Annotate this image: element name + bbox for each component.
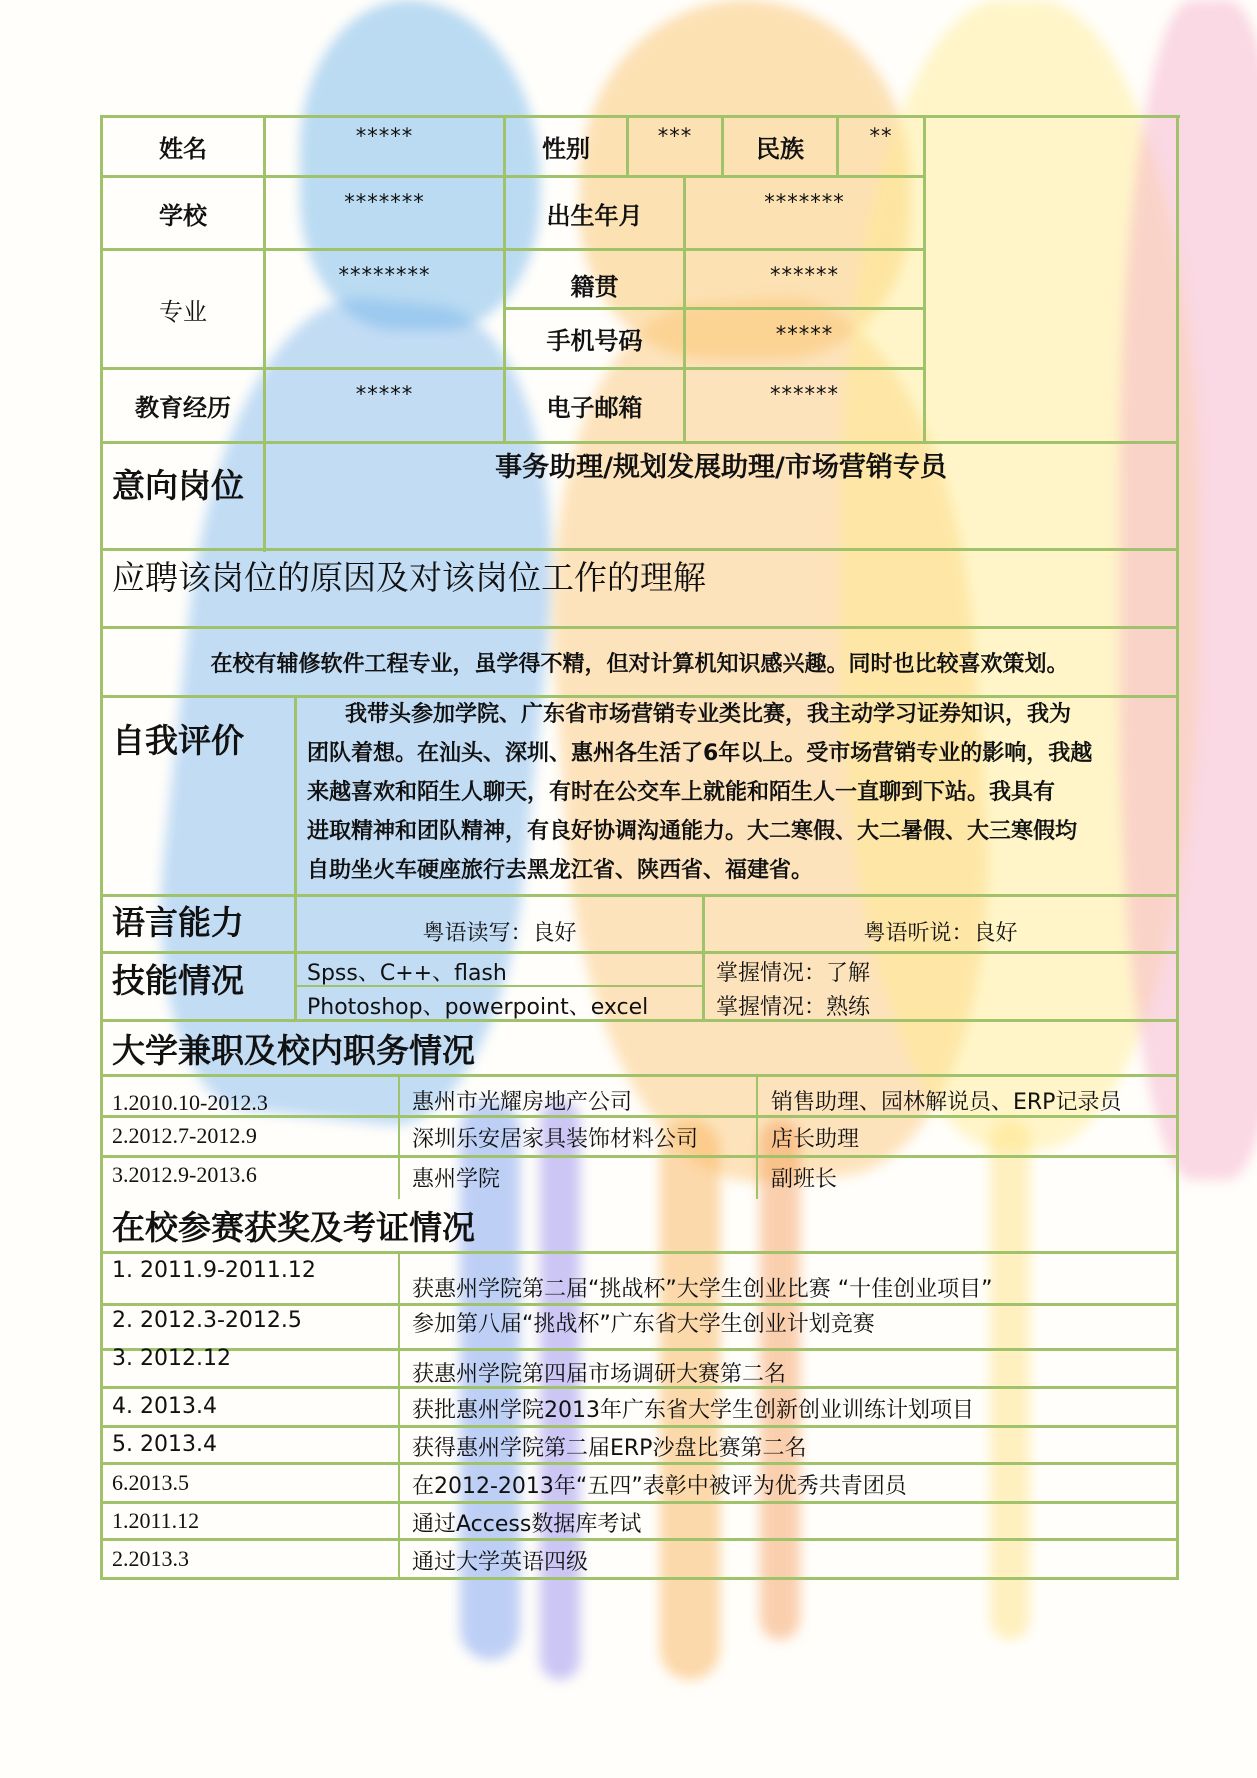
phone-value: *****	[686, 310, 923, 346]
name-label: 姓名	[103, 118, 263, 175]
job-org: 深圳乐安居家具装饰材料公司	[412, 1122, 698, 1153]
skill-level: 掌握情况：熟练	[716, 990, 870, 1021]
divider	[100, 1348, 1179, 1351]
job-period: 3.2012.9-2013.6	[112, 1162, 257, 1188]
skill-name: Photoshop、powerpoint、excel	[307, 990, 648, 1021]
language-item-cantonese-rw: 粤语读写：良好	[297, 912, 702, 950]
photo-placeholder	[926, 118, 1176, 441]
award-period: 5. 2013.4	[112, 1432, 217, 1457]
self-evaluation-line: 进取精神和团队精神，有良好协调沟通能力。大二寒假、大二暑假、大三寒假均	[307, 812, 1173, 851]
cert-desc: 通过大学英语四级	[412, 1545, 588, 1576]
job-role: 店长助理	[771, 1122, 859, 1153]
phone-label: 手机号码	[506, 310, 683, 367]
education-label: 教育经历	[103, 370, 263, 441]
major-value: ********	[266, 251, 503, 287]
skill-level: 掌握情况：了解	[716, 956, 870, 987]
self-evaluation-line: 来越喜欢和陌生人聊天，有时在公交车上就能和陌生人一直聊到下站。我具有	[307, 773, 1173, 812]
ethnicity-label: 民族	[724, 118, 836, 175]
reason-title: 应聘该岗位的原因及对该岗位工作的理解	[112, 552, 706, 599]
job-role: 销售助理、园林解说员、ERP记录员	[771, 1085, 1121, 1116]
gender-value: ***	[629, 118, 721, 148]
award-period: 3. 2012.12	[112, 1346, 231, 1371]
divider	[100, 1425, 1179, 1428]
resume-document: 姓名 ***** 性别 *** 民族 ** 学校 ******* 出生年月 **…	[0, 0, 1257, 1778]
divider	[100, 1538, 1179, 1541]
awards-title: 在校参赛获奖及考证情况	[112, 1202, 475, 1249]
email-label: 电子邮箱	[506, 370, 683, 441]
divider	[100, 1074, 1179, 1077]
divider	[100, 894, 1179, 897]
hometown-label: 籍贯	[506, 251, 683, 317]
skills-label: 技能情况	[112, 955, 244, 1002]
job-period: 1.2010.10-2012.3	[112, 1090, 268, 1116]
divider	[100, 1251, 1179, 1254]
divider	[398, 1251, 400, 1579]
name-value: *****	[266, 118, 503, 148]
award-period: 1. 2011.9-2011.12	[112, 1258, 316, 1283]
language-label: 语言能力	[112, 897, 244, 944]
language-item-cantonese-ls: 粤语听说：良好	[705, 912, 1176, 950]
reason-text: 在校有辅修软件工程专业，虽学得不精，但对计算机知识感兴趣。同时也比较喜欢策划。	[103, 629, 1176, 695]
major-label: 专业	[103, 251, 263, 367]
birth-label: 出生年月	[506, 178, 683, 248]
job-org: 惠州学院	[412, 1162, 500, 1193]
cert-period: 2.2013.3	[112, 1546, 189, 1572]
email-value: ******	[686, 370, 923, 406]
divider	[100, 1303, 1179, 1306]
desired-position-label: 意向岗位	[112, 460, 244, 507]
divider	[100, 1501, 1179, 1504]
desired-position-value: 事务助理/规划发展助理/市场营销专员	[266, 444, 1176, 484]
gender-label: 性别	[506, 118, 626, 175]
divider	[100, 1462, 1179, 1465]
job-role: 副班长	[771, 1162, 837, 1193]
award-period: 4. 2013.4	[112, 1394, 217, 1419]
self-evaluation-text: 我带头参加学院、广东省市场营销专业类比赛，我主动学习证券知识，我为 团队着想。在…	[307, 695, 1173, 890]
divider	[756, 1074, 758, 1199]
self-evaluation-label: 自我评价	[112, 715, 244, 762]
award-desc: 获惠州学院第四届市场调研大赛第二名	[412, 1357, 786, 1388]
hometown-value: ******	[686, 251, 923, 287]
divider	[294, 695, 297, 1020]
table-border-right	[1176, 115, 1179, 1580]
school-label: 学校	[103, 178, 263, 248]
award-period: 6.2013.5	[112, 1470, 189, 1496]
ethnicity-value: **	[839, 118, 923, 148]
job-period: 2.2012.7-2012.9	[112, 1123, 257, 1149]
award-desc: 获批惠州学院2013年广东省大学生创新创业训练计划项目	[412, 1393, 974, 1424]
self-evaluation-line: 我带头参加学院、广东省市场营销专业类比赛，我主动学习证券知识，我为	[307, 695, 1173, 734]
education-value: *****	[266, 370, 503, 406]
award-desc: 获得惠州学院第二届ERP沙盘比赛第二名	[412, 1431, 806, 1462]
award-desc: 在2012-2013年“五四”表彰中被评为优秀共青团员	[412, 1469, 907, 1500]
divider	[100, 548, 1179, 551]
divider	[100, 1155, 1179, 1158]
self-evaluation-line: 团队着想。在汕头、深圳、惠州各生活了6年以上。受市场营销专业的影响，我越	[307, 734, 1173, 773]
self-evaluation-line: 自助坐火车硬座旅行去黑龙江省、陕西省、福建省。	[307, 851, 1173, 890]
divider	[100, 951, 1179, 954]
school-value: *******	[266, 178, 503, 214]
award-desc: 获惠州学院第二届“挑战杯”大学生创业比赛 “十佳创业项目”	[412, 1272, 993, 1303]
cert-desc: 通过Access数据库考试	[412, 1507, 641, 1538]
award-period: 2. 2012.3-2012.5	[112, 1308, 302, 1333]
skill-name: Spss、C++、flash	[307, 956, 507, 987]
birth-value: *******	[686, 178, 923, 214]
cert-period: 1.2011.12	[112, 1508, 199, 1534]
job-org: 惠州市光耀房地产公司	[412, 1085, 632, 1116]
award-desc: 参加第八届“挑战杯”广东省大学生创业计划竞赛	[412, 1307, 875, 1338]
table-border-bottom	[100, 1577, 1179, 1580]
jobs-title: 大学兼职及校内职务情况	[112, 1025, 475, 1072]
divider	[398, 1074, 400, 1199]
